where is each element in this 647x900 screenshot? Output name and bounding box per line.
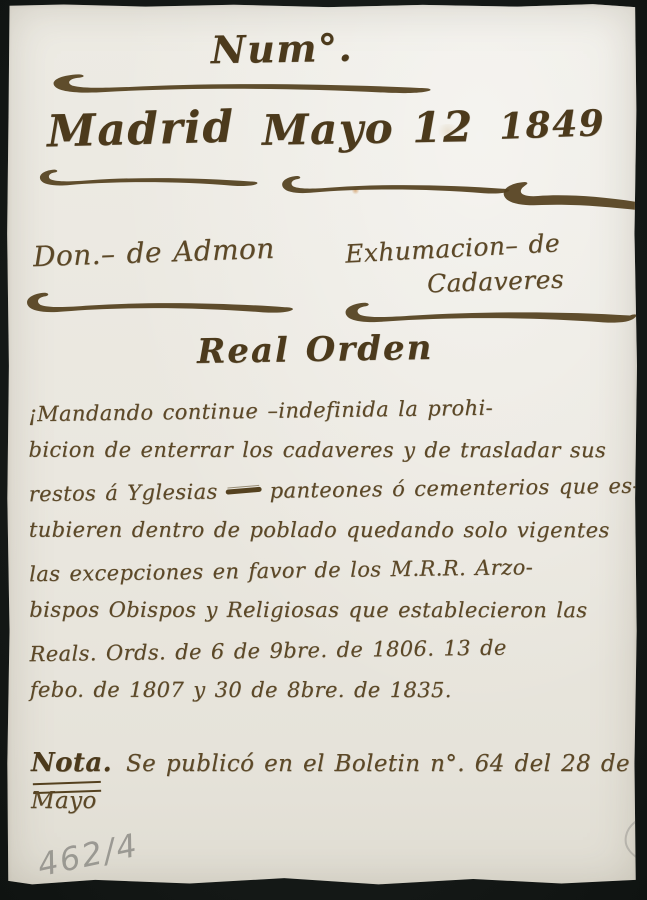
pencil-stroke-mark: [615, 820, 641, 862]
flourish-underline: [497, 176, 637, 216]
body-line-3: restos á Yglesiaspanteones ó cementerios…: [28, 466, 630, 514]
note-line-1: Nota.Se publicó en el Boletin n°. 64 del…: [31, 748, 630, 778]
flourish-underline: [277, 170, 512, 200]
body-line-4: tubieren dentro de poblado quedando solo…: [29, 510, 631, 551]
note-line-2: Mayo: [31, 788, 97, 814]
note-text: Se publicó en el Boletin n°. 64 del 28 d…: [126, 751, 630, 777]
archival-shelfmark: 462/4: [34, 826, 142, 884]
document-number-label: Num°.: [137, 23, 428, 73]
flourish-underline: [45, 68, 435, 100]
note-label: Nota.: [31, 748, 112, 778]
manuscript-page: Num°. Madrid Mayo 12 1849 Don.– de Admon…: [7, 4, 637, 887]
order-title: Real Orden: [197, 328, 434, 372]
subject-line-1: Exhumacion– de: [344, 228, 560, 268]
body-line-2: bicion de enterrar los cadaveres y de tr…: [28, 430, 630, 471]
body-line-3-pre: restos á Yglesias: [29, 480, 218, 507]
department-line: Don.– de Admon: [32, 232, 275, 273]
year-text: 1849: [498, 102, 606, 148]
body-line-5: las excepciones en favor de los M.R.R. A…: [29, 546, 631, 594]
body-line-1: ¡Mandando continue –indefinida la prohi-: [28, 386, 630, 434]
body-line-3-post: panteones ó cementerios que es-: [270, 474, 641, 503]
place-name: Madrid: [46, 102, 235, 158]
crossed-out-word: [226, 486, 262, 494]
order-body: ¡Mandando continue –indefinida la prohi-…: [28, 388, 632, 711]
body-line-6: bispos Obispos y Religiosas que establec…: [29, 590, 631, 631]
flourish-underline: [339, 296, 639, 330]
subject-line-2: Cadaveres: [427, 265, 565, 299]
body-line-8: febo. de 1807 y 30 de 8bre. de 1835.: [30, 670, 632, 711]
date-text: Mayo 12: [262, 102, 475, 155]
flourish-underline: [21, 286, 296, 320]
flourish-underline: [35, 164, 260, 192]
body-line-7: Reals. Ords. de 6 de 9bre. de 1806. 13 d…: [29, 626, 631, 674]
